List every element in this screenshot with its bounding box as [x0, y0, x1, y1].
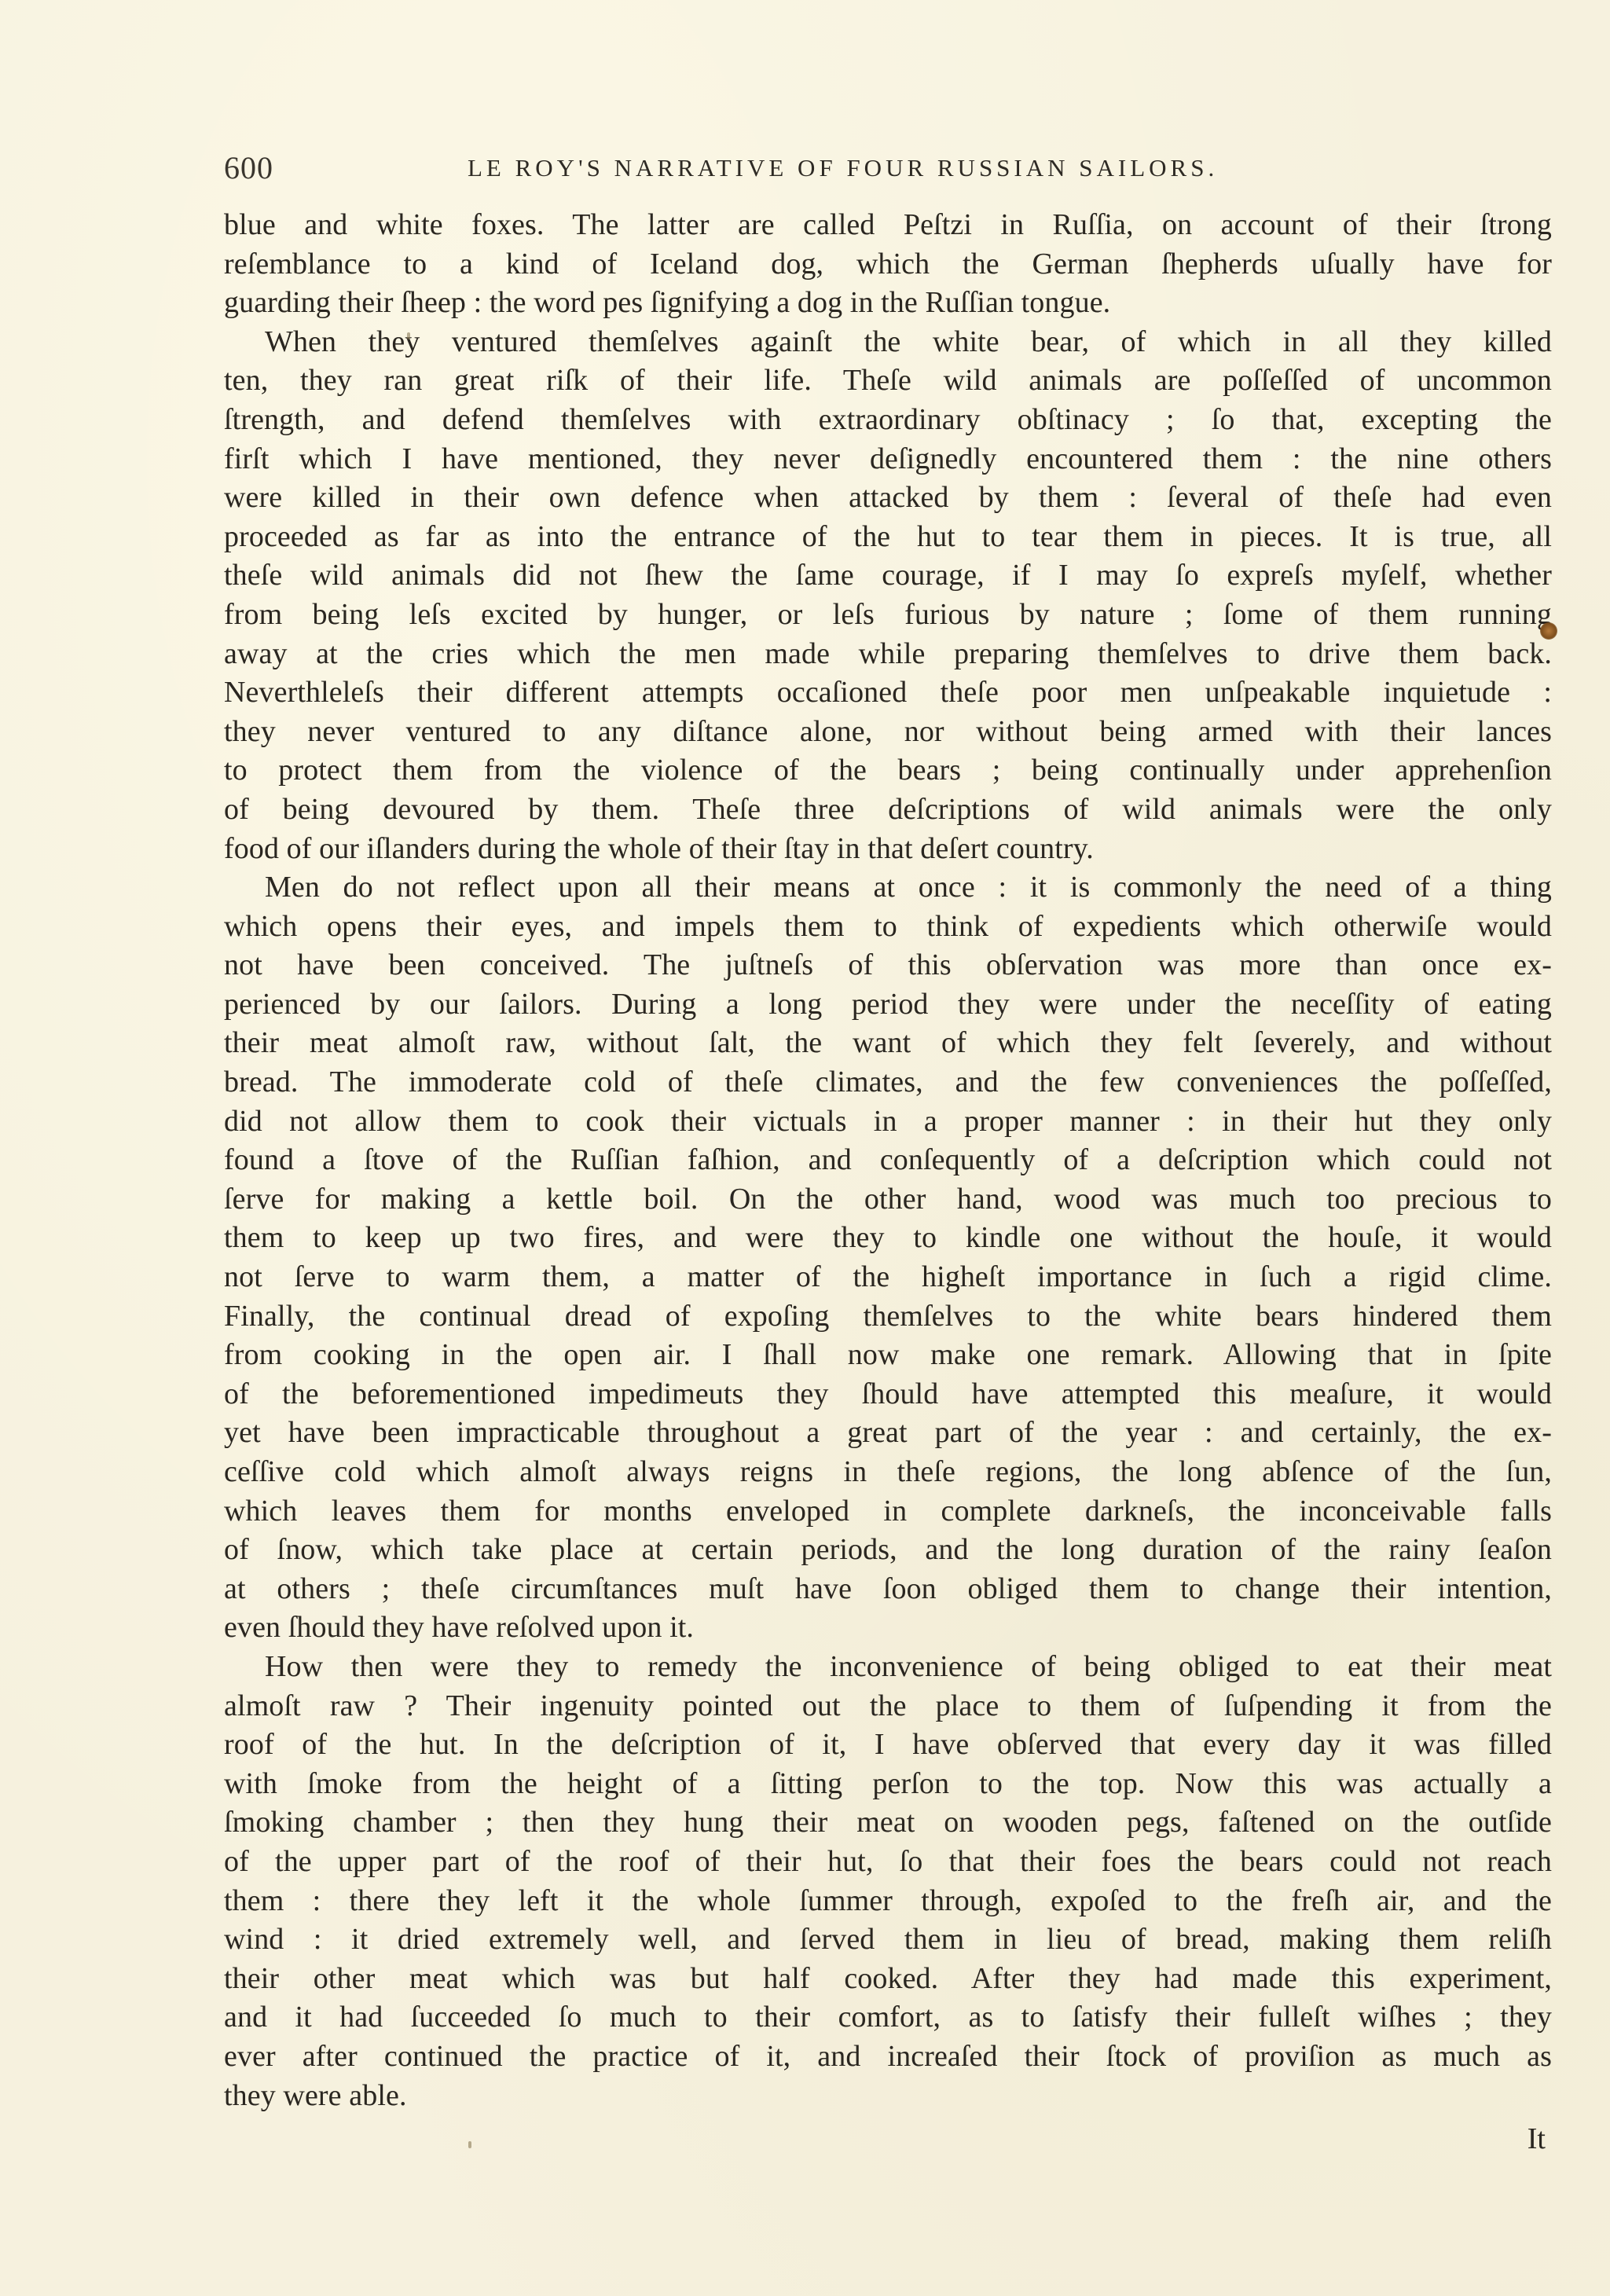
- text-line: they were able.: [224, 2077, 1552, 2116]
- text-line: they never ventured to any diſtance alon…: [224, 713, 1552, 752]
- text-line: ſmoking chamber ; then they hung their m…: [224, 1803, 1552, 1843]
- text-line: ceſſive cold which almoſt always reigns …: [224, 1453, 1552, 1492]
- text-line: perienced by our ſailors. During a long …: [224, 985, 1552, 1025]
- text-line: Neverthleleſs their different attempts o…: [224, 673, 1552, 713]
- text-line: of the beforementioned impedimeuts they …: [224, 1375, 1552, 1414]
- text-line: When they ventured themſelves againſt th…: [224, 323, 1552, 362]
- text-line: reſemblance to a kind of Iceland dog, wh…: [224, 245, 1552, 284]
- text-line: their other meat which was but half cook…: [224, 1960, 1552, 1999]
- text-line: food of our iſlanders during the whole o…: [224, 830, 1552, 869]
- text-line: them to keep up two fires, and were they…: [224, 1219, 1552, 1258]
- text-line: roof of the hut. In the deſcription of i…: [224, 1726, 1552, 1765]
- text-line: at others ; theſe circumſtances muſt hav…: [224, 1570, 1552, 1609]
- text-line: blue and white foxes. The latter are cal…: [224, 206, 1552, 245]
- text-line: How then were they to remedy the inconve…: [224, 1648, 1552, 1687]
- paper-speck: [468, 2141, 471, 2148]
- text-line: even ſhould they have reſolved upon it.: [224, 1608, 1552, 1648]
- text-line: their meat almoſt raw, without ſalt, the…: [224, 1024, 1552, 1063]
- text-line: were killed in their own defence when at…: [224, 479, 1552, 518]
- text-line: and it had ſucceeded ſo much to their co…: [224, 1998, 1552, 2037]
- paper-speck: [407, 332, 410, 339]
- text-line: with ſmoke from the height of a ſitting …: [224, 1765, 1552, 1804]
- text-line: them : there they left it the whole ſumm…: [224, 1882, 1552, 1921]
- ink-spot-mark: [1540, 622, 1557, 640]
- text-line: of being devoured by them. Theſe three d…: [224, 790, 1552, 830]
- catchword: It: [1527, 2120, 1546, 2158]
- text-line: ſtrength, and defend themſelves with ext…: [224, 401, 1552, 440]
- text-line: bread. The immoderate cold of theſe clim…: [224, 1063, 1552, 1102]
- text-line: yet have been impracticable throughout a…: [224, 1414, 1552, 1453]
- page-number: 600: [224, 149, 273, 186]
- text-line: not ſerve to warm them, a matter of the …: [224, 1258, 1552, 1297]
- text-line: wind : it dried extremely well, and ſerv…: [224, 1920, 1552, 1960]
- text-line: guarding their ſheep : the word pes ſign…: [224, 284, 1552, 323]
- text-line: ten, they ran great riſk of their life. …: [224, 361, 1552, 401]
- text-line: Finally, the continual dread of expoſing…: [224, 1297, 1552, 1337]
- text-line: ever after continued the practice of it,…: [224, 2037, 1552, 2077]
- text-line: which opens their eyes, and impels them …: [224, 908, 1552, 947]
- text-line: did not allow them to cook their victual…: [224, 1102, 1552, 1142]
- text-line: from being leſs excited by hunger, or le…: [224, 596, 1552, 635]
- text-line: found a ſtove of the Ruſſian faſhion, an…: [224, 1141, 1552, 1180]
- text-line: which leaves them for months enveloped i…: [224, 1492, 1552, 1531]
- text-line: proceeded as far as into the entrance of…: [224, 518, 1552, 557]
- text-line: away at the cries which the men made whi…: [224, 635, 1552, 674]
- running-head-title: Le Roy's Narrative of Four Russian Sailo…: [468, 154, 1218, 182]
- body-text: blue and white foxes. The latter are cal…: [224, 206, 1552, 2115]
- text-line: firſt which I have mentioned, they never…: [224, 440, 1552, 479]
- text-line: not have been conceived. The juſtneſs of…: [224, 946, 1552, 985]
- text-line: ſerve for making a kettle boil. On the o…: [224, 1180, 1552, 1220]
- book-page: 600 Le Roy's Narrative of Four Russian S…: [0, 0, 1610, 2296]
- text-line: theſe wild animals did not ſhew the ſame…: [224, 556, 1552, 596]
- text-line: to protect them from the violence of the…: [224, 751, 1552, 790]
- running-head: 600 Le Roy's Narrative of Four Russian S…: [224, 149, 1548, 189]
- text-line: from cooking in the open air. I ſhall no…: [224, 1336, 1552, 1375]
- text-line: of ſnow, which take place at certain per…: [224, 1531, 1552, 1570]
- text-line: almoſt raw ? Their ingenuity pointed out…: [224, 1687, 1552, 1726]
- text-line: of the upper part of the roof of their h…: [224, 1843, 1552, 1882]
- text-line: Men do not reflect upon all their means …: [224, 868, 1552, 908]
